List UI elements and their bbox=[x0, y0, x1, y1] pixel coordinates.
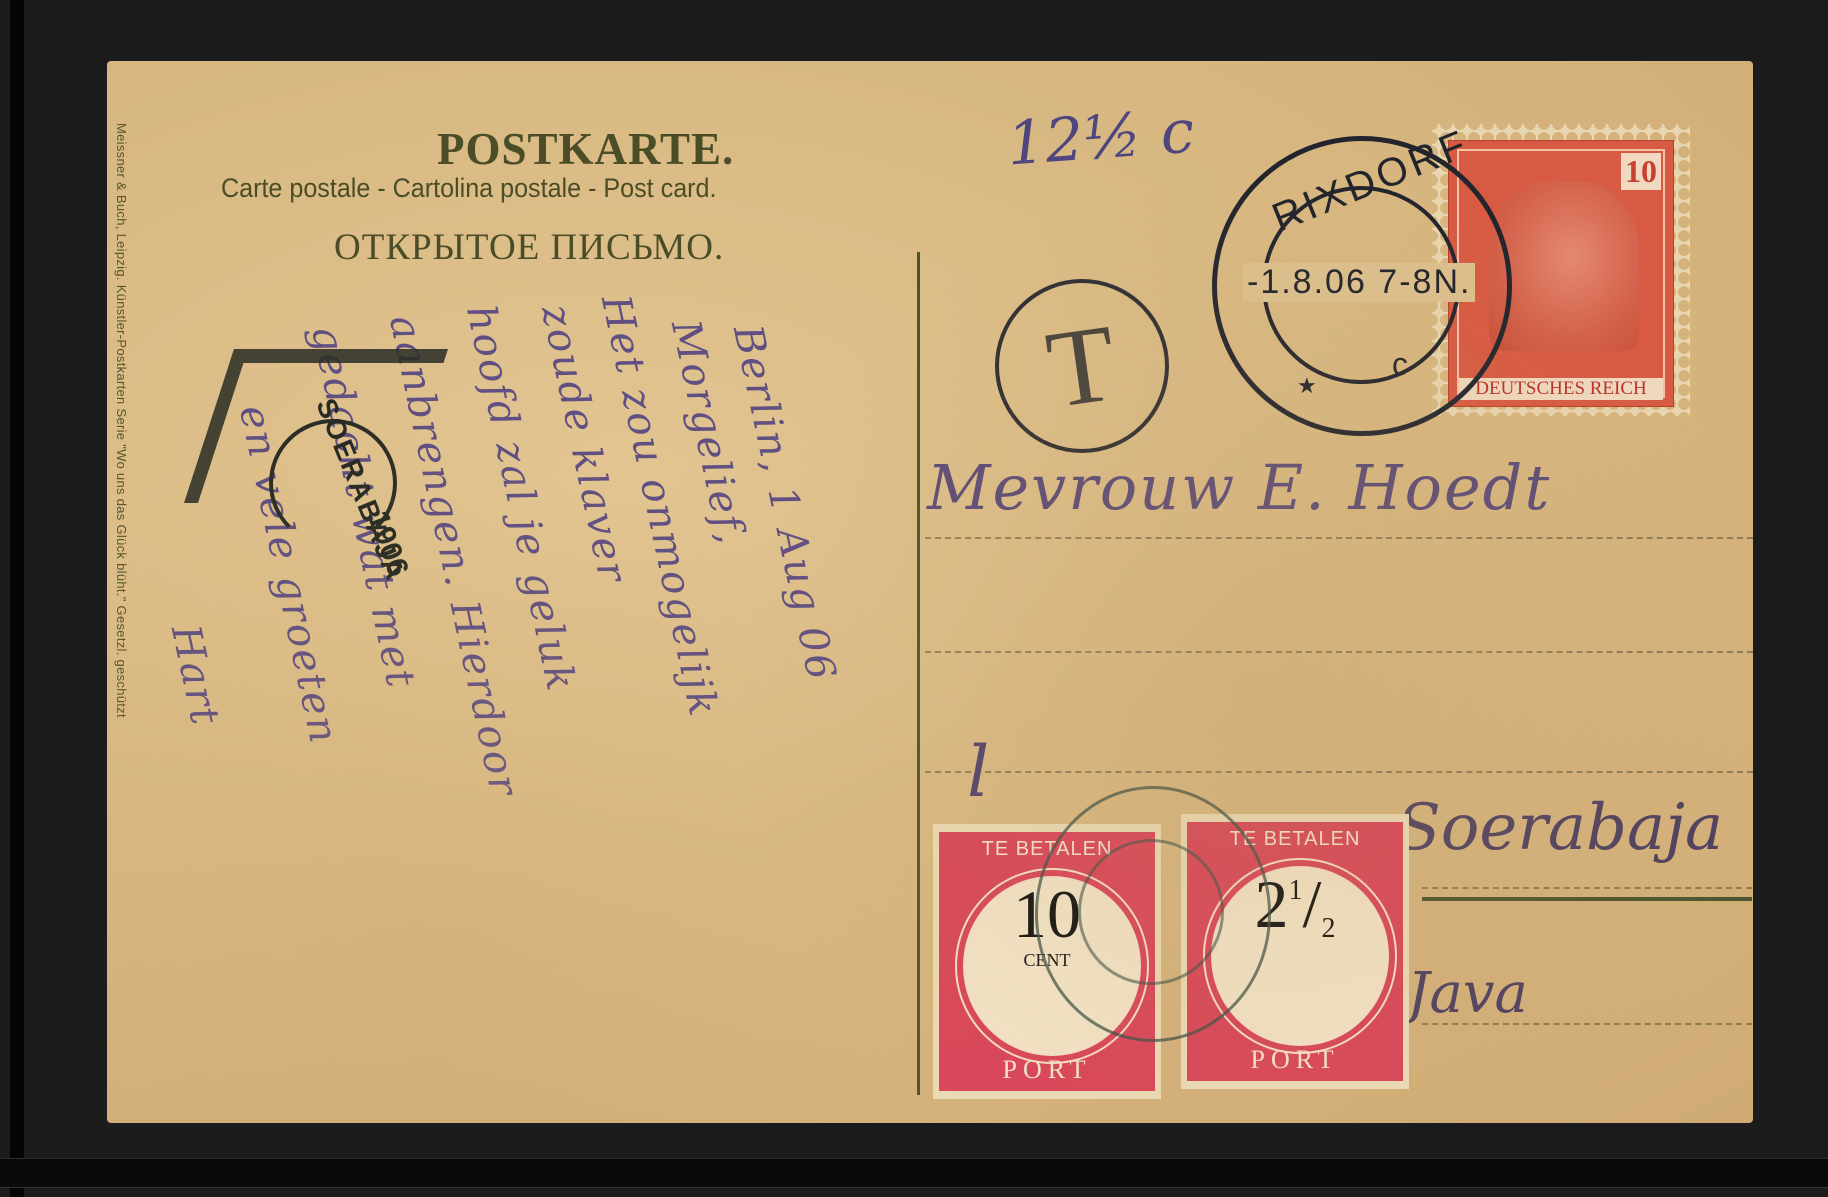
card-russian-title: ОТКРЫТОЕ ПИСЬМО. bbox=[334, 226, 724, 269]
address-initial: l bbox=[967, 731, 989, 813]
album-page-edge bbox=[10, 0, 24, 1197]
recipient-name: Mevrouw E. Hoedt bbox=[927, 451, 1551, 524]
address-line bbox=[1422, 887, 1752, 889]
address-line bbox=[925, 537, 1753, 539]
address-line bbox=[925, 771, 1753, 773]
address-line bbox=[925, 651, 1753, 653]
address-underline bbox=[1422, 897, 1752, 901]
arrival-postmark: SOERABAJA 1906 bbox=[199, 319, 419, 539]
album-mount-strip bbox=[0, 1158, 1828, 1188]
recipient-city: Soerabaja bbox=[1397, 791, 1723, 865]
star-icon: ★ bbox=[1297, 373, 1317, 399]
message-address-divider bbox=[917, 252, 920, 1095]
arrival-postmark-on-due-stamps bbox=[1035, 786, 1271, 1042]
message-line: Hart bbox=[162, 621, 228, 730]
tax-mark: T bbox=[995, 279, 1169, 453]
germania-portrait-icon bbox=[1489, 181, 1639, 351]
card-subtitle: Carte postale - Cartolina postale - Post… bbox=[221, 173, 716, 204]
publisher-imprint: Meissner & Buch, Leipzig. Künstler-Postk… bbox=[107, 123, 131, 1123]
recipient-island: Java bbox=[1407, 961, 1528, 1026]
origin-postmark: RIXDORF -1.8.06 7-8N. c ★ bbox=[1212, 136, 1512, 436]
postage-due-note: 12½ c bbox=[1005, 97, 1197, 180]
postcard: Meissner & Buch, Leipzig. Künstler-Postk… bbox=[107, 61, 1753, 1123]
